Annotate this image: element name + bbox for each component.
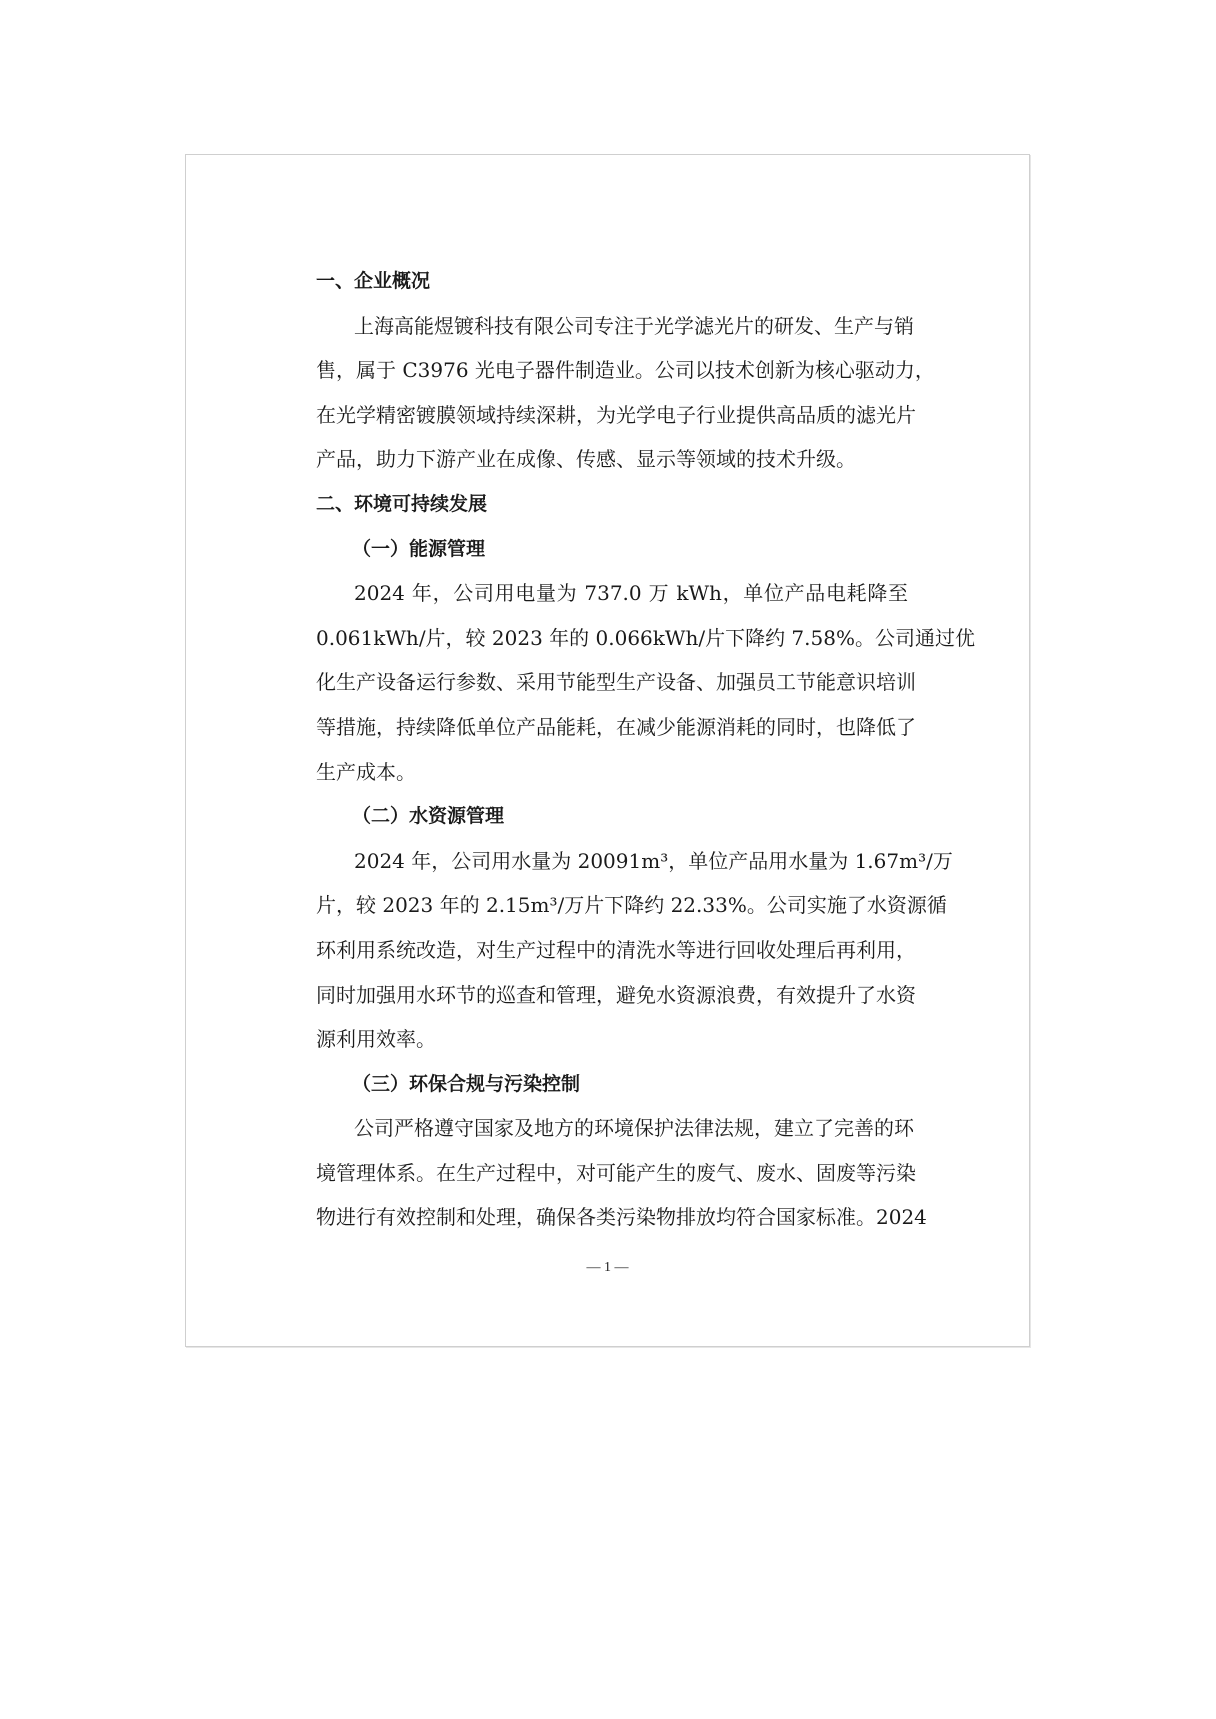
paragraph-line: 售，属于 C3976 光电子器件制造业。公司以技术创新为核心驱动力， xyxy=(316,348,908,393)
paragraph-line: 公司严格遵守国家及地方的环境保护法律法规，建立了完善的环 xyxy=(316,1106,908,1151)
page-number: — 1 — xyxy=(186,1260,1029,1276)
section-heading-overview: 一、企业概况 xyxy=(316,259,908,304)
paragraph-line: 源利用效率。 xyxy=(316,1017,908,1062)
paragraph-line: 2024 年，公司用水量为 20091m³，单位产品用水量为 1.67m³/万 xyxy=(316,839,908,884)
paragraph-line: 物进行有效控制和处理，确保各类污染物排放均符合国家标准。2024 xyxy=(316,1195,908,1240)
paragraph-line: 境管理体系。在生产过程中，对可能产生的废气、废水、固废等污染 xyxy=(316,1151,908,1196)
paragraph-line: 2024 年，公司用电量为 737.0 万 kWh，单位产品电耗降至 xyxy=(316,571,908,616)
subsection-heading-pollution: （三）环保合规与污染控制 xyxy=(316,1062,908,1107)
paragraph-line: 环利用系统改造，对生产过程中的清洗水等进行回收处理后再利用， xyxy=(316,928,908,973)
paragraph-line: 0.061kWh/片，较 2023 年的 0.066kWh/片下降约 7.58%… xyxy=(316,616,908,661)
paragraph-line: 片，较 2023 年的 2.15m³/万片下降约 22.33%。公司实施了水资源… xyxy=(316,883,908,928)
section-heading-sustainability: 二、环境可持续发展 xyxy=(316,482,908,527)
paragraph-line: 在光学精密镀膜领域持续深耕，为光学电子行业提供高品质的滤光片 xyxy=(316,393,908,438)
subsection-heading-energy: （一）能源管理 xyxy=(316,527,908,572)
paragraph-line: 化生产设备运行参数、采用节能型生产设备、加强员工节能意识培训 xyxy=(316,660,908,705)
paragraph-line: 产品，助力下游产业在成像、传感、显示等领域的技术升级。 xyxy=(316,437,908,482)
paragraph-line: 等措施，持续降低单位产品能耗，在减少能源消耗的同时，也降低了 xyxy=(316,705,908,750)
paragraph-line: 生产成本。 xyxy=(316,750,908,795)
page-content: 一、企业概况 上海高能煜镀科技有限公司专注于光学滤光片的研发、生产与销 售，属于… xyxy=(316,259,908,1240)
paragraph-line: 同时加强用水环节的巡查和管理，避免水资源浪费，有效提升了水资 xyxy=(316,973,908,1018)
subsection-heading-water: （二）水资源管理 xyxy=(316,794,908,839)
paragraph-line: 上海高能煜镀科技有限公司专注于光学滤光片的研发、生产与销 xyxy=(316,304,908,349)
document-page: 一、企业概况 上海高能煜镀科技有限公司专注于光学滤光片的研发、生产与销 售，属于… xyxy=(185,154,1030,1347)
